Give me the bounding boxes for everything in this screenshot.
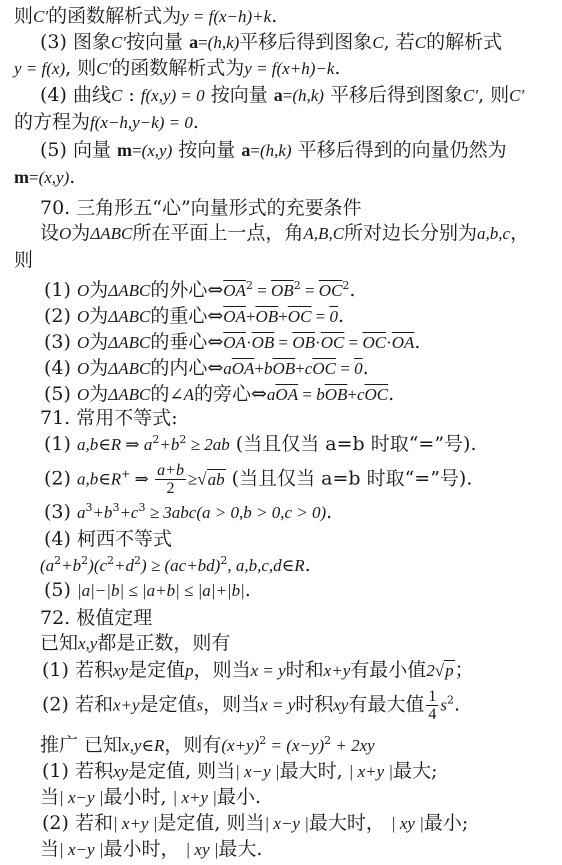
text-line-l10: 则 bbox=[14, 248, 33, 274]
text-run: 最大时， bbox=[309, 812, 391, 834]
math-operator: + bbox=[254, 359, 264, 378]
vector-overline: OC bbox=[365, 385, 389, 404]
math-expression: b bbox=[316, 385, 325, 404]
text-run: 所在平面上一点，角 bbox=[132, 222, 303, 244]
vector-overline: OB bbox=[325, 385, 348, 404]
text-run: (4) bbox=[44, 357, 77, 379]
math-expression: b bbox=[264, 359, 273, 378]
math-expression: |a|−|b| ≤ |a+b| ≤ |a|+|b| bbox=[77, 581, 245, 600]
superscript: 2 bbox=[134, 554, 141, 567]
numerator: 1 bbox=[426, 688, 438, 706]
math-expression: C bbox=[415, 33, 426, 52]
math-expression: ΔABC bbox=[108, 359, 150, 378]
text-line-l24: 已知x,y都是正数，则有 bbox=[40, 631, 230, 657]
math-operator: = bbox=[274, 333, 292, 352]
math-expression: x,y bbox=[78, 634, 97, 653]
text-run: 的重心⇔ bbox=[150, 305, 223, 327]
superscript: 2 bbox=[246, 279, 253, 292]
text-run: 是定值 bbox=[128, 659, 185, 681]
math-expression: | x−y | bbox=[235, 762, 279, 781]
math-expression: | xy | bbox=[185, 840, 218, 859]
text-line-l17: (1) a,b∈R ⇒ a2+b2 ≥ 2ab (当且仅当 a=b 时取“=”号… bbox=[44, 432, 477, 458]
math-expression: ) ≥ (ac+bd) bbox=[141, 556, 220, 575]
text-run: 是定值 bbox=[140, 694, 197, 716]
math-operator: = bbox=[253, 281, 271, 300]
text-run: . bbox=[245, 579, 251, 601]
text-run: 有最大值 bbox=[348, 694, 424, 716]
math-expression: C′ bbox=[509, 86, 524, 105]
text-run: 的垂心⇔ bbox=[150, 331, 223, 353]
text-run: . bbox=[69, 166, 75, 188]
math-expression: + 2xy bbox=[331, 736, 375, 755]
text-run: 有最小值 bbox=[350, 659, 426, 681]
math-expression: y = f(x+h)−k bbox=[244, 59, 334, 78]
text-run: 推广 已知 bbox=[40, 734, 122, 756]
vector-overline: OA bbox=[223, 281, 246, 300]
math-expression: | xy | bbox=[391, 814, 424, 833]
text-line-l28: (1) 若积xy是定值, 则当| x−y |最大时, | x+y |最大; bbox=[42, 759, 438, 785]
text-run: 最大. bbox=[218, 838, 262, 860]
text-run: : bbox=[122, 84, 140, 106]
math-expression: f(x−h,y−k) = 0 bbox=[90, 113, 193, 132]
text-run: 是定值, 则当 bbox=[128, 760, 235, 782]
math-operator: = bbox=[132, 141, 142, 160]
math-expression: a bbox=[223, 359, 232, 378]
text-run: 按向量 bbox=[126, 31, 189, 53]
vector-overline: OA bbox=[232, 359, 255, 378]
vector-overline: OC bbox=[362, 333, 386, 352]
text-run: 的外心⇔ bbox=[150, 279, 223, 301]
math-operator: = bbox=[298, 385, 316, 404]
text-line-l20: (4) 柯西不等式 bbox=[44, 527, 172, 553]
vector-overline: OB bbox=[273, 359, 296, 378]
math-expression: ΔABC bbox=[108, 307, 150, 326]
text-run: 当 bbox=[40, 838, 59, 860]
vector-overline: OA bbox=[223, 333, 246, 352]
math-expression: | x−y | bbox=[59, 840, 103, 859]
math-expression: = (x−y) bbox=[266, 736, 324, 755]
math-expression: O bbox=[77, 359, 89, 378]
math-expression: A,B,C bbox=[303, 224, 344, 243]
radicand: ab bbox=[207, 469, 226, 489]
text-run: . bbox=[326, 501, 332, 523]
text-run: 的函数解析式为 bbox=[111, 57, 244, 79]
text-run: (4) 柯西不等式 bbox=[44, 528, 172, 550]
text-line-l19: (3) a3+b3+c3 ≥ 3abc(a > 0,b > 0,c > 0). bbox=[44, 500, 332, 526]
text-run: 的 bbox=[150, 383, 169, 405]
text-run: ，则有 bbox=[164, 734, 221, 756]
text-line-l31: 当| x−y |最小时， | xy |最大. bbox=[40, 837, 262, 863]
text-line-l16: 71. 常用不等式: bbox=[40, 406, 178, 432]
radical-sign-icon: √ bbox=[197, 470, 206, 489]
text-line-l23: 72. 极值定理 bbox=[40, 606, 152, 632]
math-expression: (h,k) bbox=[260, 141, 292, 160]
text-line-l05: 的方程为f(x−h,y−k) = 0. bbox=[14, 110, 199, 136]
fraction: 14 bbox=[426, 688, 438, 723]
math-expression: | x+y | bbox=[113, 814, 157, 833]
superscript: 2 bbox=[107, 554, 114, 567]
text-run: (2) bbox=[44, 305, 77, 327]
text-run: . bbox=[305, 554, 311, 576]
text-run: 则 bbox=[14, 5, 33, 27]
bold-vector: a bbox=[241, 140, 250, 160]
vector-overline: OA bbox=[275, 385, 298, 404]
text-run: 为 bbox=[89, 279, 108, 301]
math-expression: ΔABC bbox=[108, 281, 150, 300]
math-expression: (x+y) bbox=[221, 736, 259, 755]
text-run: (4) 曲线 bbox=[40, 84, 111, 106]
text-run: 平移后得到图象 bbox=[239, 31, 372, 53]
math-expression: xy bbox=[333, 696, 348, 715]
vector-overline: OA bbox=[223, 307, 246, 326]
text-line-l14: (4) O为ΔABC的内心⇔aOA+bOB+cOC = 0. bbox=[44, 356, 369, 382]
vector-overline: OA bbox=[392, 333, 415, 352]
text-run: 时积 bbox=[295, 694, 333, 716]
text-run: (5) 向量 bbox=[40, 139, 117, 161]
text-run: 为 bbox=[89, 357, 108, 379]
math-operator: = bbox=[301, 281, 319, 300]
math-expression: (h,k) bbox=[292, 86, 324, 105]
denominator: 4 bbox=[426, 706, 438, 723]
text-run: 则 bbox=[14, 249, 33, 271]
superscript: + bbox=[121, 468, 130, 481]
math-expression: a,b∈R ⇒ a bbox=[77, 435, 152, 454]
text-run: 的解析式 bbox=[426, 31, 502, 53]
math-operator: + bbox=[347, 385, 357, 404]
text-line-l21: (a2+b2)(c2+d2) ≥ (ac+bd)2, a,b,c,d∈R. bbox=[40, 553, 311, 579]
text-line-l09: 设O为ΔABC所在平面上一点，角A,B,C所对边长分别为a,b,c， bbox=[40, 221, 529, 247]
text-run: 最小时, bbox=[103, 786, 172, 808]
text-run: 按向量 bbox=[205, 84, 274, 106]
text-run: 为 bbox=[71, 222, 90, 244]
math-operator: = bbox=[198, 33, 208, 52]
math-expression: ΔABC bbox=[108, 385, 150, 404]
text-run: 72. 极值定理 bbox=[40, 607, 152, 629]
text-run: 都是正数，则有 bbox=[97, 632, 230, 654]
math-expression: x+y bbox=[324, 661, 351, 680]
text-line-l29: 当| x−y |最小时, | x+y |最小. bbox=[40, 785, 261, 811]
radicand: p bbox=[444, 660, 455, 680]
text-run: ，则当 bbox=[203, 694, 260, 716]
vector-overline: OB bbox=[271, 281, 294, 300]
bold-vector: a bbox=[189, 32, 198, 52]
text-run: 时和 bbox=[286, 659, 324, 681]
math-expression: s bbox=[440, 696, 447, 715]
math-expression: O bbox=[77, 385, 89, 404]
math-expression: +b bbox=[159, 435, 179, 454]
text-run: (5) bbox=[44, 383, 77, 405]
math-expression: xy bbox=[113, 661, 128, 680]
text-run: ，则当 bbox=[194, 659, 251, 681]
math-expression: xy bbox=[113, 762, 128, 781]
text-run: 当 bbox=[40, 786, 59, 808]
text-line-l08: 70. 三角形五“心”向量形式的充要条件 bbox=[40, 196, 362, 222]
text-run: 是定值, 则当 bbox=[157, 812, 264, 834]
text-run: (1) 若积 bbox=[42, 659, 113, 681]
denominator: 2 bbox=[155, 480, 186, 497]
vector-overline: 0 bbox=[354, 359, 363, 378]
math-expression: (x,y) bbox=[39, 168, 70, 187]
text-run: . bbox=[338, 305, 344, 327]
math-expression: O bbox=[77, 281, 89, 300]
text-run: 平移后得到的向量仍然为 bbox=[292, 139, 507, 161]
text-run: (3) bbox=[44, 331, 77, 353]
math-expression: x = y bbox=[251, 661, 286, 680]
text-run: (1) 若积 bbox=[42, 760, 113, 782]
math-expression: | x−y | bbox=[59, 788, 103, 807]
text-run: (当且仅当 a=b 时取“=”号). bbox=[226, 468, 473, 490]
text-run: 71. 常用不等式: bbox=[40, 407, 178, 429]
math-operator: = bbox=[344, 333, 362, 352]
superscript: 2 bbox=[294, 279, 301, 292]
text-line-l25: (1) 若积xy是定值p，则当x = y时和x+y有最小值2√p； bbox=[42, 658, 474, 684]
text-run: (3) 图象 bbox=[40, 31, 111, 53]
text-run: 为 bbox=[89, 331, 108, 353]
math-operator: ≥ bbox=[188, 470, 197, 489]
math-expression: ⇒ bbox=[130, 470, 153, 489]
math-expression: | x−y | bbox=[264, 814, 308, 833]
math-expression: C bbox=[111, 86, 122, 105]
math-expression: p bbox=[185, 661, 194, 680]
math-expression: +b bbox=[61, 556, 81, 575]
text-run: 的方程为 bbox=[14, 111, 90, 133]
text-run: 设 bbox=[40, 222, 59, 244]
math-operator: = bbox=[29, 168, 39, 187]
math-expression: a,b∈R bbox=[77, 470, 121, 489]
math-operator: = bbox=[283, 86, 293, 105]
text-run: . bbox=[193, 111, 199, 133]
text-run: 最小时， bbox=[103, 838, 185, 860]
text-line-l04: (4) 曲线C : f(x,y) = 0 按向量 a=(h,k) 平移后得到图象… bbox=[40, 83, 524, 109]
text-run: 为 bbox=[89, 305, 108, 327]
math-expression: C′ bbox=[463, 86, 478, 105]
math-expression: x = y bbox=[260, 696, 295, 715]
text-line-l06: (5) 向量 m=(x,y) 按向量 a=(h,k) 平移后得到的向量仍然为 bbox=[40, 138, 507, 164]
math-expression: y = f(x) bbox=[14, 59, 65, 78]
math-expression: )(c bbox=[88, 556, 107, 575]
square-root: √p bbox=[435, 660, 455, 680]
text-run: 已知 bbox=[40, 632, 78, 654]
text-run: (1) bbox=[44, 279, 77, 301]
text-line-l22: (5) |a|−|b| ≤ |a+b| ≤ |a|+|b|. bbox=[44, 578, 251, 604]
math-expression: C′ bbox=[111, 33, 126, 52]
text-run: , 则 bbox=[478, 84, 509, 106]
vector-overline: OC bbox=[312, 359, 336, 378]
text-line-l30: (2) 若和| x+y |是定值, 则当| x−y |最大时， | xy |最小… bbox=[42, 811, 468, 837]
text-run: (1) bbox=[44, 433, 77, 455]
text-run: (5) bbox=[44, 579, 77, 601]
math-operator: + bbox=[278, 307, 288, 326]
vector-overline: OC bbox=[319, 281, 343, 300]
text-run: ， bbox=[510, 222, 529, 244]
bold-vector: m bbox=[117, 140, 132, 160]
math-expression: ∠A bbox=[169, 385, 194, 404]
math-expression: O bbox=[77, 333, 89, 352]
text-run: 最小. bbox=[217, 786, 261, 808]
math-expression: O bbox=[59, 224, 71, 243]
math-expression: f(x,y) = 0 bbox=[141, 86, 205, 105]
math-expression: C′ bbox=[33, 7, 48, 26]
bold-vector: a bbox=[274, 85, 283, 105]
text-run: , 则 bbox=[65, 57, 96, 79]
text-run: 的函数解析式为 bbox=[48, 5, 181, 27]
vector-overline: OC bbox=[321, 333, 345, 352]
fraction: a+b2 bbox=[155, 462, 186, 497]
bold-vector: m bbox=[14, 167, 29, 187]
text-line-l26: (2) 若和x+y是定值s，则当x = y时积xy有最大值14s2. bbox=[42, 688, 460, 714]
math-expression: ≥ 3abc(a > 0,b > 0,c > 0) bbox=[145, 503, 326, 522]
math-operator: = bbox=[250, 141, 260, 160]
math-expression: x+y bbox=[113, 696, 140, 715]
text-line-l15: (5) O为ΔABC的∠A的旁心⇔aOA = bOB+cOC. bbox=[44, 382, 394, 408]
text-run: . bbox=[349, 279, 355, 301]
text-run: 最小; bbox=[424, 812, 468, 834]
math-operator: = bbox=[311, 307, 329, 326]
text-run: . bbox=[414, 331, 420, 353]
text-run: 的内心⇔ bbox=[150, 357, 223, 379]
math-expression: (h,k) bbox=[208, 33, 240, 52]
math-expression: x,y∈R bbox=[122, 736, 164, 755]
math-expression: a,b,c bbox=[477, 224, 510, 243]
math-expression: y = f(x−h)+k bbox=[181, 7, 271, 26]
radical-sign-icon: √ bbox=[435, 661, 444, 680]
text-run: ； bbox=[455, 659, 474, 681]
text-run: 平移后得到图象 bbox=[324, 84, 463, 106]
square-root: √ab bbox=[197, 469, 225, 489]
text-run: 所对边长分别为 bbox=[344, 222, 477, 244]
math-operator: + bbox=[246, 307, 256, 326]
math-expression: C bbox=[372, 33, 383, 52]
math-expression: ΔABC bbox=[108, 333, 150, 352]
text-line-l07: m=(x,y). bbox=[14, 165, 75, 191]
math-expression: ≥ 2ab bbox=[186, 435, 229, 454]
superscript: 2 bbox=[447, 694, 454, 707]
vector-overline: OB bbox=[256, 307, 279, 326]
text-line-l11: (1) O为ΔABC的外心⇔OA2 = OB2 = OC2. bbox=[44, 278, 355, 304]
math-expression: ΔABC bbox=[90, 224, 132, 243]
text-run: 70. 三角形五“心”向量形式的充要条件 bbox=[40, 197, 362, 219]
math-expression: +c bbox=[119, 503, 138, 522]
text-run: 最大时, bbox=[280, 760, 349, 782]
text-run: (2) 若和 bbox=[42, 694, 113, 716]
math-expression: | x+y | bbox=[173, 788, 217, 807]
text-run: . bbox=[388, 383, 394, 405]
text-run: 最大; bbox=[393, 760, 437, 782]
text-run: (当且仅当 a=b 时取“=”号). bbox=[230, 433, 477, 455]
text-run: 为 bbox=[89, 383, 108, 405]
text-run: . bbox=[334, 57, 340, 79]
text-run: (3) bbox=[44, 501, 77, 523]
math-operator: + bbox=[295, 359, 305, 378]
text-line-l27: 推广 已知x,y∈R，则有(x+y)2 = (x−y)2 + 2xy bbox=[40, 733, 375, 759]
text-line-l01: 则C′的函数解析式为y = f(x−h)+k. bbox=[14, 4, 277, 30]
math-expression: C′ bbox=[96, 59, 111, 78]
text-run: , 若 bbox=[384, 31, 415, 53]
text-run: (2) 若和 bbox=[42, 812, 113, 834]
math-expression: +d bbox=[114, 556, 134, 575]
text-line-l02: (3) 图象C′按向量 a=(h,k)平移后得到图象C, 若C的解析式 bbox=[40, 30, 502, 56]
text-line-l03: y = f(x), 则C′的函数解析式为y = f(x+h)−k. bbox=[14, 56, 340, 82]
math-expression: (x,y) bbox=[142, 141, 173, 160]
text-run: . bbox=[363, 357, 369, 379]
text-run: . bbox=[271, 5, 277, 27]
vector-overline: 0 bbox=[330, 307, 339, 326]
math-expression: 2 bbox=[426, 661, 435, 680]
math-operator: = bbox=[336, 359, 354, 378]
vector-overline: OC bbox=[288, 307, 312, 326]
text-run: (2) bbox=[44, 468, 77, 490]
vector-overline: OB bbox=[292, 333, 315, 352]
math-expression: c bbox=[357, 385, 365, 404]
math-expression: (a bbox=[40, 556, 54, 575]
numerator: a+b bbox=[155, 462, 186, 480]
text-run: . bbox=[454, 694, 460, 716]
text-line-l18: (2) a,b∈R+ ⇒ a+b2≥√ab (当且仅当 a=b 时取“=”号). bbox=[44, 462, 472, 488]
text-run: 的旁心⇔ bbox=[194, 383, 267, 405]
math-expression: | x+y | bbox=[349, 762, 393, 781]
text-run: 按向量 bbox=[172, 139, 241, 161]
text-line-l13: (3) O为ΔABC的垂心⇔OA·OB = OB·OC = OC·OA. bbox=[44, 330, 420, 356]
math-expression: +b bbox=[92, 503, 112, 522]
math-expression: O bbox=[77, 307, 89, 326]
text-line-l12: (2) O为ΔABC的重心⇔OA+OB+OC = 0. bbox=[44, 304, 344, 330]
vector-overline: OB bbox=[252, 333, 275, 352]
math-expression: , a,b,c,d∈R bbox=[227, 556, 304, 575]
